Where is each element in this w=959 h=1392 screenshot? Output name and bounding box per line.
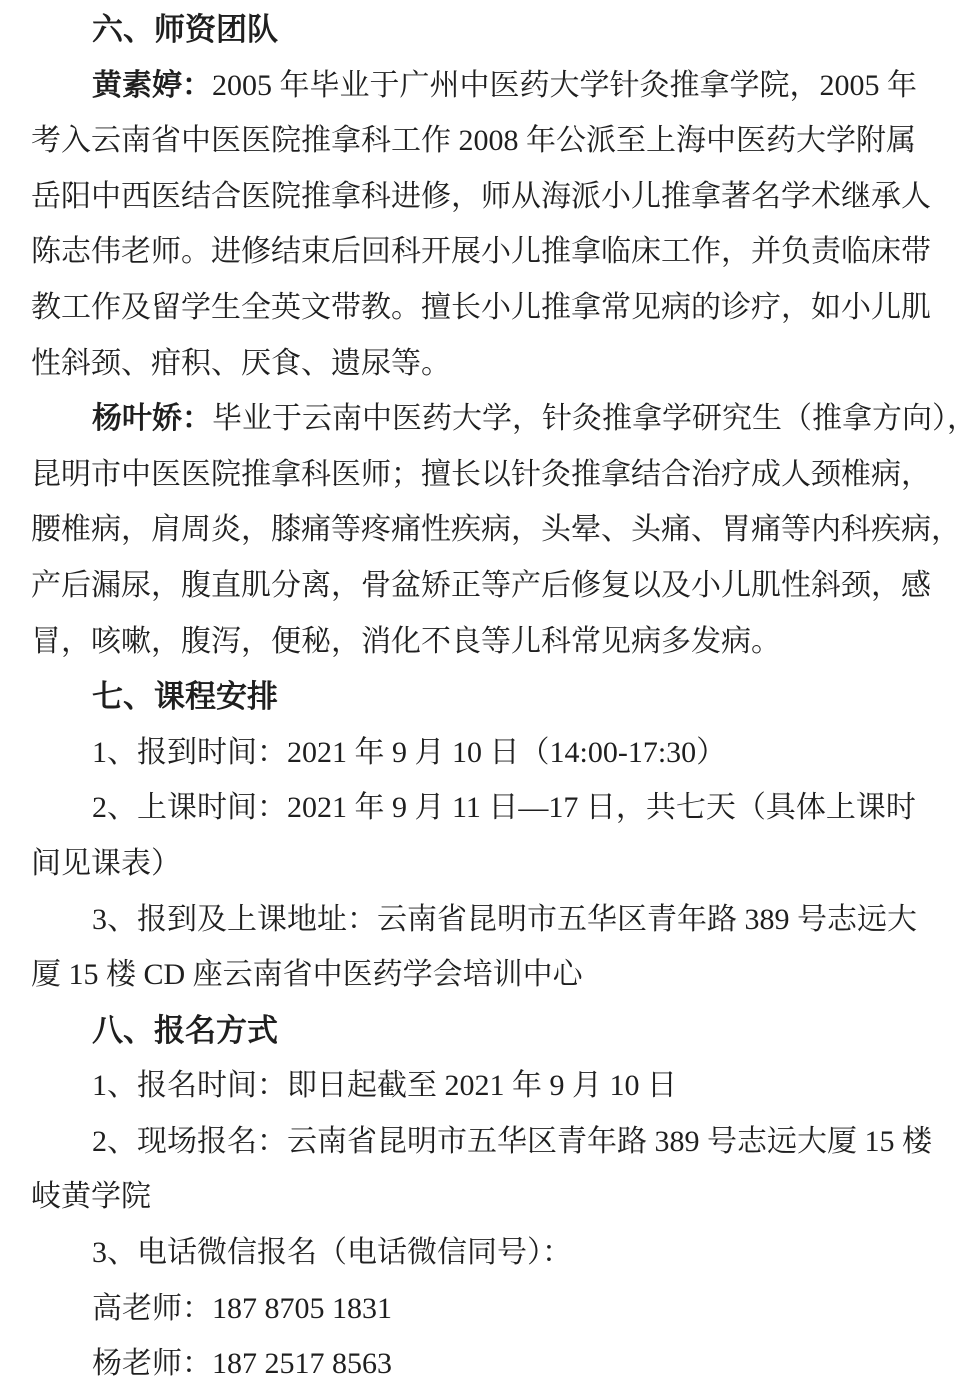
section-heading: 七、课程安排 [31,669,933,725]
line-text: 七、课程安排 [92,679,278,714]
text-line: 2、上课时间：2021 年 9 月 11 日—17 日，共七天（具体上课时 [31,780,933,836]
line-text: 毕业于云南中医药大学，针灸推拿学研究生（推拿方向）， [212,402,959,435]
line-text: 性斜颈、疳积、厌食、遗尿等。 [31,347,451,380]
line-text: 2、上课时间：2021 年 9 月 11 日—17 日，共七天（具体上课时 [92,791,916,824]
line-text: 六、师资团队 [92,12,278,47]
line-text: 间见课表） [31,847,181,880]
text-line: 岳阳中西医结合医院推拿科进修，师从海派小儿推拿著名学术继承人 [31,169,933,225]
line-text: 教工作及留学生全英文带教。擅长小儿推拿常见病的诊疗，如小儿肌 [31,291,931,324]
text-line: 杨叶娇：毕业于云南中医药大学，针灸推拿学研究生（推拿方向）， [31,391,933,447]
line-text: 陈志伟老师。进修结束后回科开展小儿推拿临床工作，并负责临床带 [31,235,931,268]
text-line: 厦 15 楼 CD 座云南省中医药学会培训中心 [31,947,933,1003]
line-text: 2005 年毕业于广州中医药大学针灸推拿学院，2005 年 [212,69,917,102]
line-text: 岳阳中西医结合医院推拿科进修，师从海派小儿推拿著名学术继承人 [31,180,931,213]
text-line: 间见课表） [31,836,933,892]
section-heading: 六、师资团队 [31,2,933,58]
line-text: 冒，咳嗽，腹泻，便秘，消化不良等儿科常见病多发病。 [31,625,781,658]
text-line: 陈志伟老师。进修结束后回科开展小儿推拿临床工作，并负责临床带 [31,224,933,280]
line-text: 昆明市中医医院推拿科医师；擅长以针灸推拿结合治疗成人颈椎病， [31,458,931,491]
line-text: 八、报名方式 [92,1013,278,1048]
document-page: 六、师资团队黄素婷：2005 年毕业于广州中医药大学针灸推拿学院，2005 年考… [0,0,959,1392]
teacher-name: 杨叶娇： [92,402,212,435]
text-line: 高老师：187 8705 1831 [31,1281,933,1337]
text-line: 3、报到及上课地址：云南省昆明市五华区青年路 389 号志远大 [31,892,933,948]
text-line: 腰椎病，肩周炎，膝痛等疼痛性疾病，头晕、头痛、胃痛等内科疾病， [31,502,933,558]
line-text: 产后漏尿，腹直肌分离，骨盆矫正等产后修复以及小儿肌性斜颈，感 [31,569,931,602]
text-line: 性斜颈、疳积、厌食、遗尿等。 [31,336,933,392]
text-line: 黄素婷：2005 年毕业于广州中医药大学针灸推拿学院，2005 年 [31,58,933,114]
line-text: 岐黄学院 [31,1180,151,1213]
line-text: 高老师：187 8705 1831 [92,1292,392,1325]
line-text: 1、报名时间：即日起截至 2021 年 9 月 10 日 [92,1069,677,1102]
line-text: 腰椎病，肩周炎，膝痛等疼痛性疾病，头晕、头痛、胃痛等内科疾病， [31,513,959,546]
line-text: 2、现场报名：云南省昆明市五华区青年路 389 号志远大厦 15 楼 [92,1125,932,1158]
text-line: 教工作及留学生全英文带教。擅长小儿推拿常见病的诊疗，如小儿肌 [31,280,933,336]
line-text: 杨老师：187 2517 8563 [92,1347,392,1380]
text-line: 杨老师：187 2517 8563 [31,1336,933,1392]
text-line: 1、报名时间：即日起截至 2021 年 9 月 10 日 [31,1058,933,1114]
section-heading: 八、报名方式 [31,1003,933,1059]
teacher-name: 黄素婷： [92,69,212,102]
line-text: 3、报到及上课地址：云南省昆明市五华区青年路 389 号志远大 [92,903,917,936]
text-line: 冒，咳嗽，腹泻，便秘，消化不良等儿科常见病多发病。 [31,614,933,670]
text-line: 2、现场报名：云南省昆明市五华区青年路 389 号志远大厦 15 楼 [31,1114,933,1170]
line-text: 厦 15 楼 CD 座云南省中医药学会培训中心 [31,958,583,991]
text-line: 岐黄学院 [31,1169,933,1225]
text-line: 3、电话微信报名（电话微信同号）： [31,1225,933,1281]
line-text: 1、报到时间：2021 年 9 月 10 日（14:00-17:30） [92,736,726,769]
text-line: 产后漏尿，腹直肌分离，骨盆矫正等产后修复以及小儿肌性斜颈，感 [31,558,933,614]
text-line: 考入云南省中医医院推拿科工作 2008 年公派至上海中医药大学附属 [31,113,933,169]
line-text: 考入云南省中医医院推拿科工作 2008 年公派至上海中医药大学附属 [31,124,916,157]
line-text: 3、电话微信报名（电话微信同号）： [92,1236,572,1269]
text-line: 昆明市中医医院推拿科医师；擅长以针灸推拿结合治疗成人颈椎病， [31,447,933,503]
text-line: 1、报到时间：2021 年 9 月 10 日（14:00-17:30） [31,725,933,781]
